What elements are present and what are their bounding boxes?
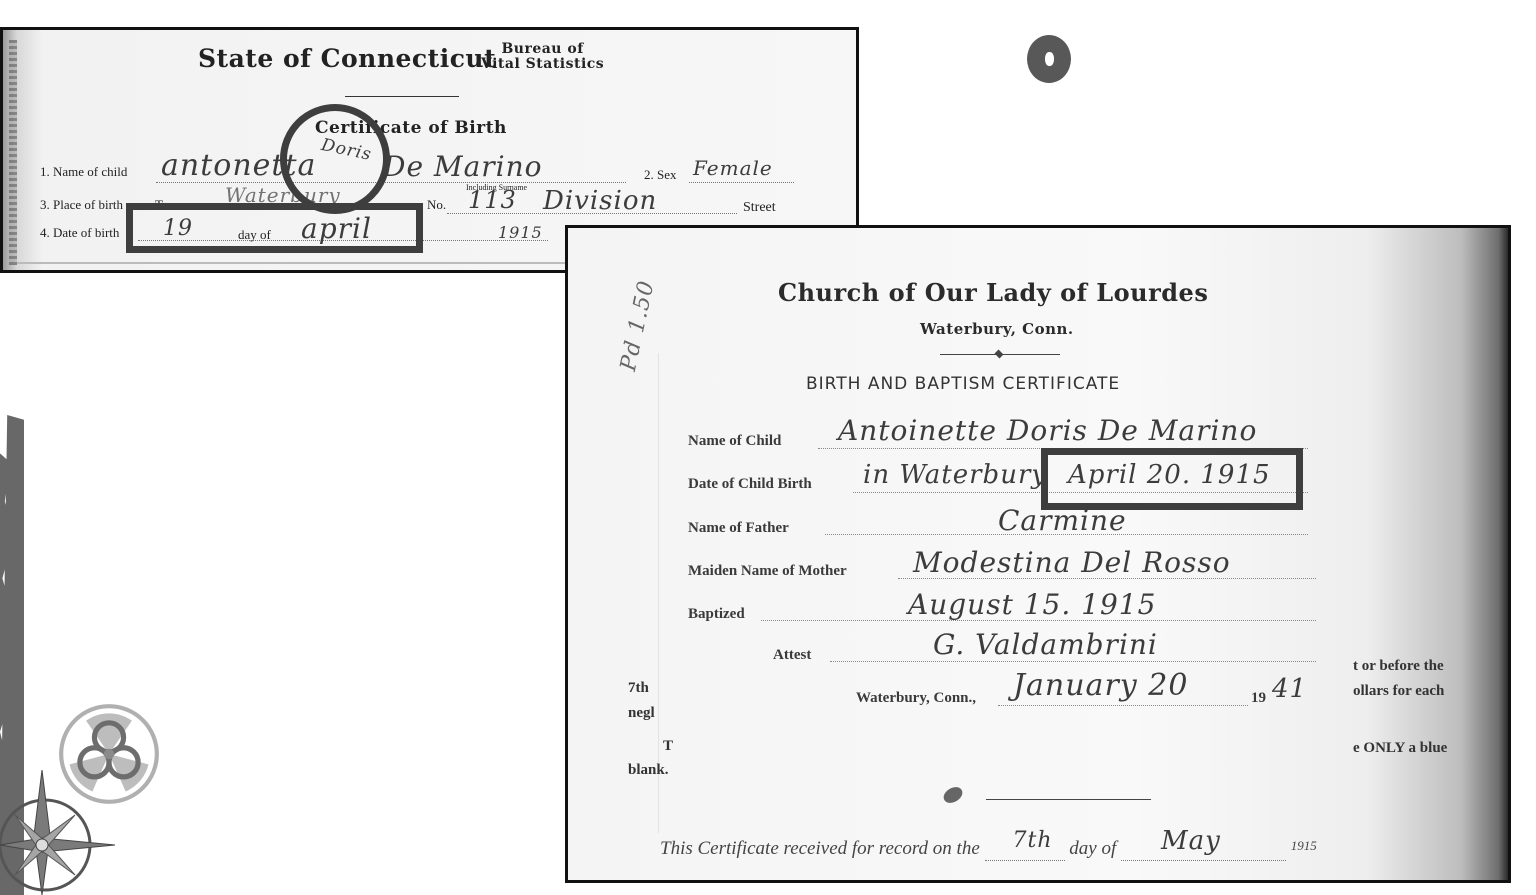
highlight-box-church-date <box>1041 448 1303 510</box>
ink-blot-hole <box>1045 52 1054 66</box>
underlying-text-fragment: e ONLY a blue <box>1353 740 1447 757</box>
sex-label: 2. Sex <box>644 167 677 183</box>
baptized-label: Baptized <box>688 606 745 623</box>
sex-line <box>689 182 794 183</box>
state-title: State of Connecticut <box>198 44 496 73</box>
street-label: Street <box>743 200 776 216</box>
divider-ornament <box>995 350 1004 359</box>
year-value: 1915 <box>498 223 543 242</box>
attest-label: Attest <box>773 647 811 664</box>
highlight-box-state-date <box>126 203 423 253</box>
house-number-value: 113 <box>468 186 517 214</box>
child-name-value: Antoinette Doris De Marino <box>838 414 1257 447</box>
underlying-text-fragment: t or before the <box>1353 658 1444 675</box>
name-of-child-label: 1. Name of child <box>40 164 127 180</box>
sex-value: Female <box>693 156 773 180</box>
street-value: Division <box>543 186 657 216</box>
signature-line <box>986 799 1151 800</box>
underlying-text-fragment: T <box>663 738 673 755</box>
birth-date-label: Date of Child Birth <box>688 476 812 493</box>
bureau-line-1: Bureau of <box>481 42 604 57</box>
received-month-value: May <box>1161 826 1221 856</box>
birth-place-value: in Waterbury <box>863 460 1047 490</box>
highlight-circle <box>280 104 390 214</box>
divider <box>345 96 459 97</box>
place-of-birth-label: 3. Place of birth <box>40 197 123 213</box>
binding-edge <box>9 40 17 265</box>
received-month-field: May <box>1121 838 1286 861</box>
underlying-text-fragment: ollars for each <box>1353 683 1444 700</box>
date-of-birth-label: 4. Date of birth <box>40 225 119 241</box>
year-prefix: 19 <box>1251 690 1266 707</box>
received-day-value: 7th <box>1013 828 1053 853</box>
underlying-text-fragment: negl <box>628 705 655 722</box>
margin-note: Pd 1.50 <box>616 278 660 373</box>
no-label: No. <box>427 197 446 213</box>
received-text: This Certificate received for record on … <box>660 838 980 859</box>
year-suffix: 41 <box>1272 674 1307 704</box>
received-for-record-line: This Certificate received for record on … <box>660 838 1317 861</box>
child-name-label: Name of Child <box>688 433 781 450</box>
page-margin-line <box>658 353 659 833</box>
received-day-field: 7th <box>985 838 1065 861</box>
church-title: Church of Our Lady of Lourdes <box>778 278 1208 307</box>
received-year: 1915 <box>1291 838 1317 853</box>
field-line <box>998 704 1248 706</box>
bureau-label: Bureau of Vital Statistics <box>481 42 604 72</box>
day-of-text: day of <box>1069 838 1116 859</box>
baptized-value: August 15. 1915 <box>908 588 1156 621</box>
father-name-value: Carmine <box>998 504 1127 537</box>
issued-place-label: Waterbury, Conn., <box>856 690 976 707</box>
underlying-text-fragment: 7th <box>628 680 649 697</box>
attest-signature: G. Valdambrini <box>933 628 1158 661</box>
compass-rose-icon <box>0 770 120 895</box>
mother-name-label: Maiden Name of Mother <box>688 563 847 580</box>
mother-name-value: Modestina Del Rosso <box>913 546 1231 579</box>
bureau-line-2: Vital Statistics <box>481 57 604 72</box>
church-subtitle: Waterbury, Conn. <box>920 320 1074 338</box>
surname-value: De Marino <box>383 150 543 183</box>
issued-date-value: January 20 <box>1013 668 1188 703</box>
church-baptism-certificate: Pd 1.50 Church of Our Lady of Lourdes Wa… <box>565 225 1511 883</box>
father-name-label: Name of Father <box>688 520 789 537</box>
ink-mark <box>941 784 965 806</box>
certificate-heading: BIRTH AND BAPTISM CERTIFICATE <box>806 374 1120 394</box>
underlying-text-fragment: blank. <box>628 762 668 779</box>
